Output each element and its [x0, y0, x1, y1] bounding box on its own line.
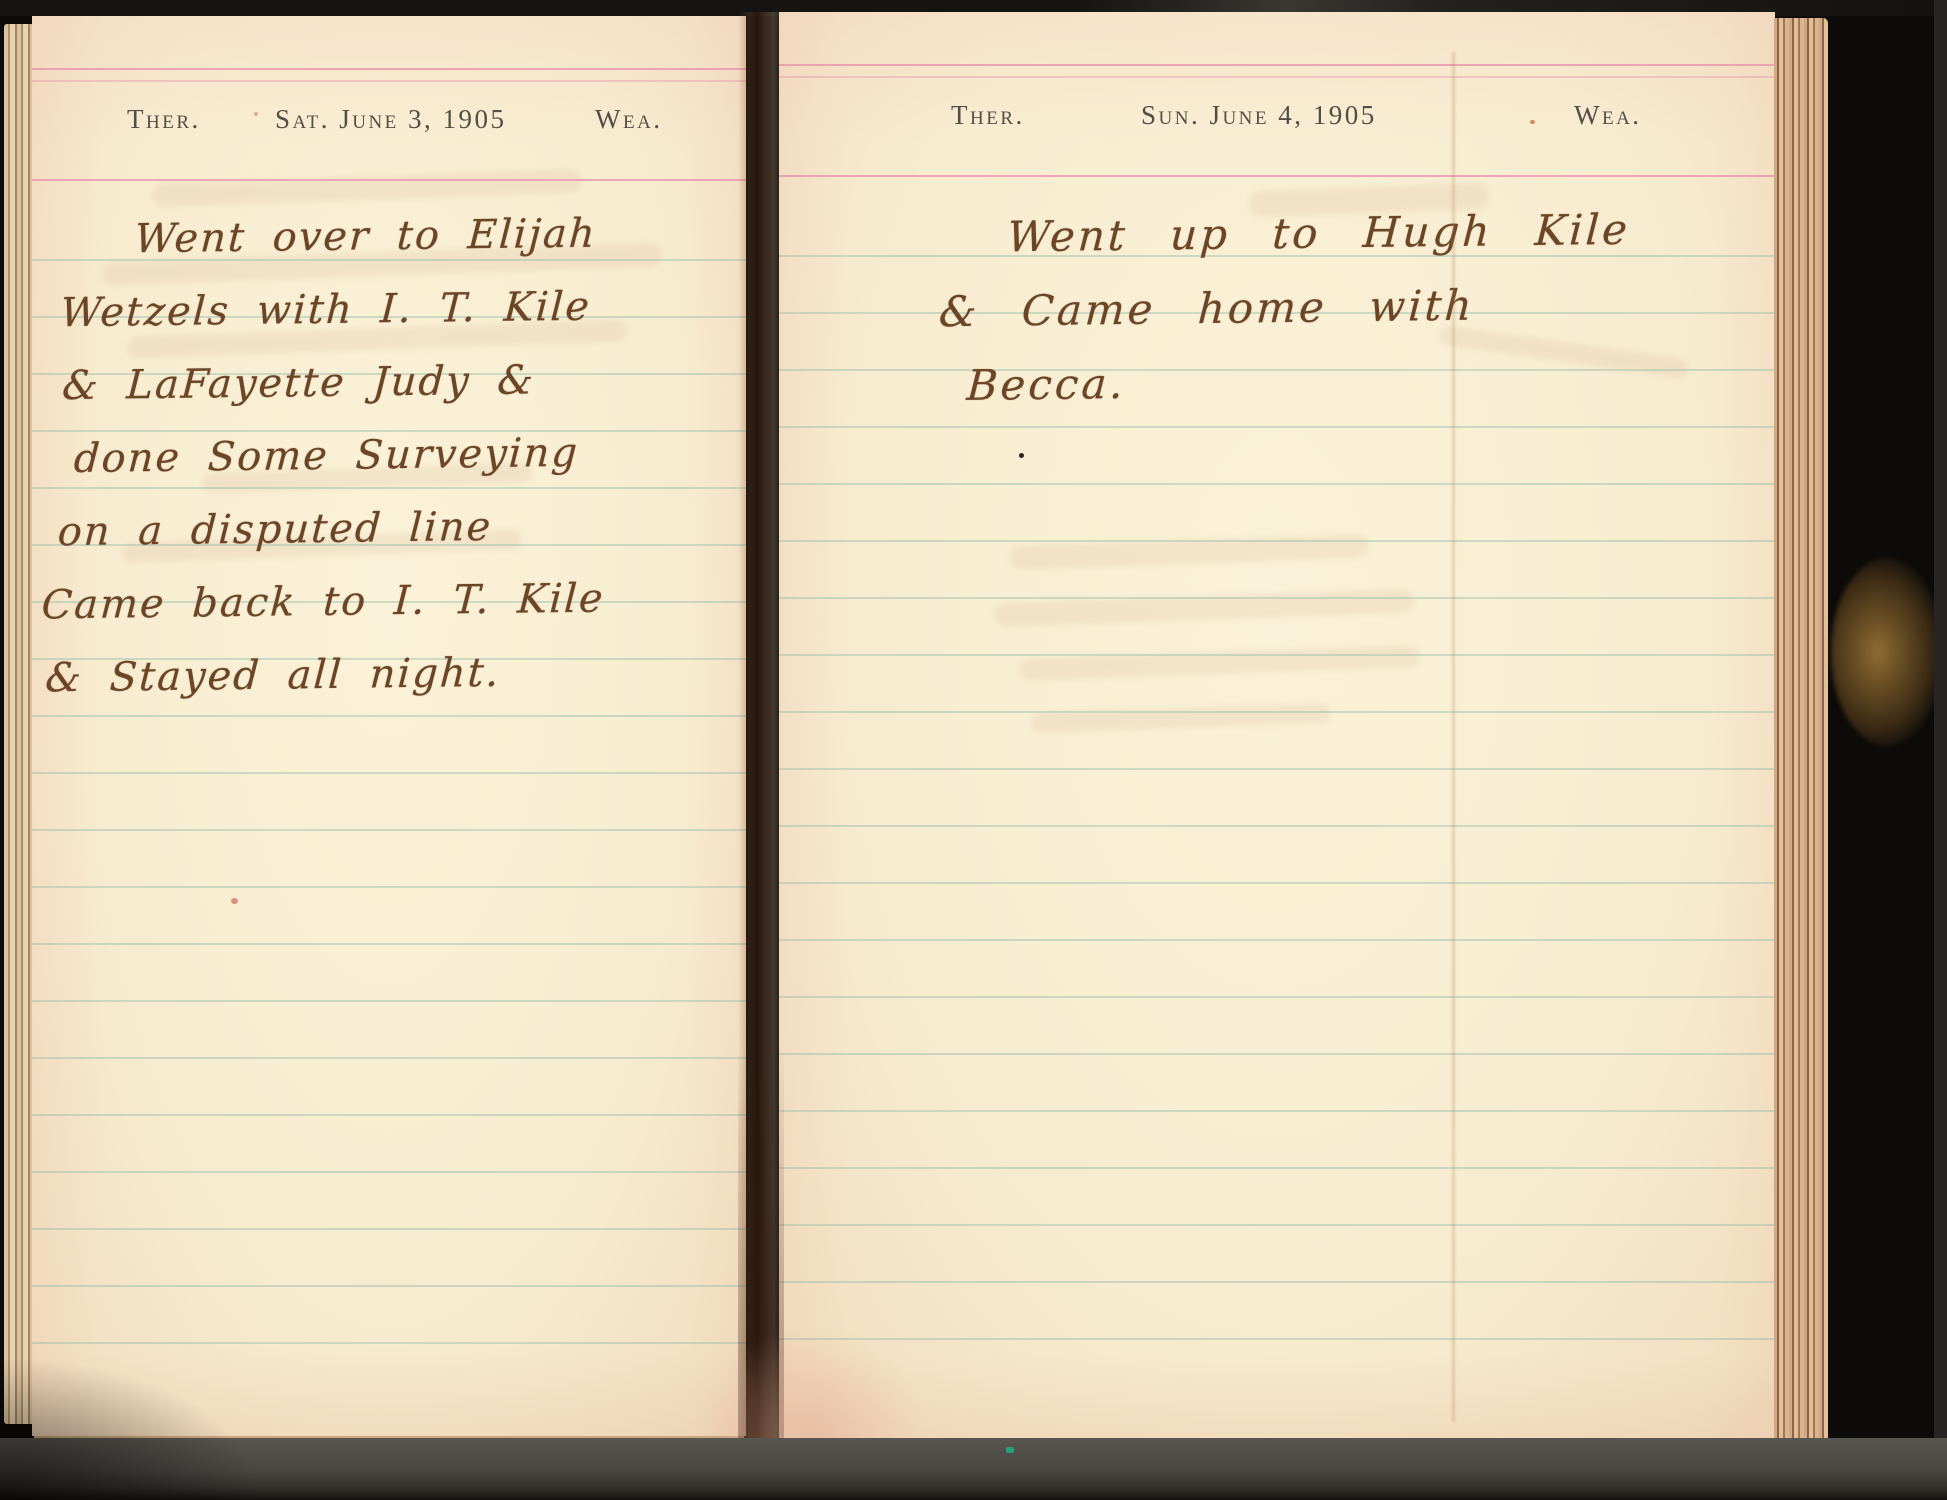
- page-curvature-seam: [1452, 52, 1455, 1422]
- corner-shadow: [0, 1360, 260, 1500]
- orange-speck: [1530, 120, 1535, 124]
- red-margin-rule: [779, 175, 1775, 177]
- weather-label: Wea.: [595, 104, 663, 135]
- red-margin-rule: [779, 76, 1775, 78]
- fold-shadow: [700, 1328, 925, 1440]
- diary-page-left: Ther. Sat. June 3, 1905 Wea. Went over t…: [32, 16, 746, 1436]
- diary-page-right: Ther. Sun. June 4, 1905 Wea. Went up to …: [779, 12, 1775, 1444]
- handwritten-line: Becca.: [965, 341, 1624, 423]
- handwritten-line: & LaFayette Judy &: [60, 343, 619, 423]
- handwritten-line: & Stayed all night.: [43, 636, 602, 716]
- film-edge-right: [1934, 0, 1947, 1500]
- weather-label: Wea.: [1574, 100, 1642, 131]
- date-heading: Sun. June 4, 1905: [1141, 100, 1377, 131]
- red-margin-rule: [779, 64, 1775, 66]
- handwritten-line: & Came home with: [937, 267, 1628, 349]
- red-speck: [231, 898, 238, 904]
- diary-entry-right: Went up to Hugh Kile& Came home withBecc…: [773, 193, 1632, 426]
- left-page-edge-stack: [4, 24, 34, 1424]
- handwritten-line: Wetzels with I. T. Kile: [58, 270, 623, 350]
- right-page-edge-stack: [1774, 18, 1828, 1442]
- green-speck: [1006, 1447, 1014, 1453]
- handwritten-line: on a disputed line: [56, 489, 611, 569]
- handwritten-line: Went up to Hugh Kile: [1005, 193, 1632, 275]
- handwritten-line: Went over to Elijah: [133, 197, 628, 276]
- printed-page-header: Ther. Sun. June 4, 1905 Wea.: [779, 100, 1775, 142]
- thermometer-label: Ther.: [127, 104, 201, 135]
- red-margin-rule: [32, 179, 746, 181]
- book-gutter-shadow: [738, 12, 784, 1444]
- thermometer-label: Ther.: [951, 100, 1025, 131]
- ink-speck: [1019, 453, 1024, 458]
- gold-clasp-reflection: [1831, 558, 1943, 746]
- handwritten-line: Came back to I. T. Kile: [39, 563, 606, 643]
- date-heading: Sat. June 3, 1905: [275, 104, 507, 135]
- red-margin-rule: [32, 80, 746, 82]
- handwritten-line: done Some Surveying: [72, 416, 615, 496]
- red-margin-rule: [32, 68, 746, 70]
- scanned-diary-photo: Ther. Sat. June 3, 1905 Wea. Went over t…: [0, 0, 1947, 1500]
- diary-entry-left: Went over to ElijahWetzels with I. T. Ki…: [17, 197, 628, 715]
- film-band-bottom: [0, 1438, 1947, 1500]
- printed-page-header: Ther. Sat. June 3, 1905 Wea.: [32, 104, 746, 146]
- pink-dot: [254, 112, 258, 116]
